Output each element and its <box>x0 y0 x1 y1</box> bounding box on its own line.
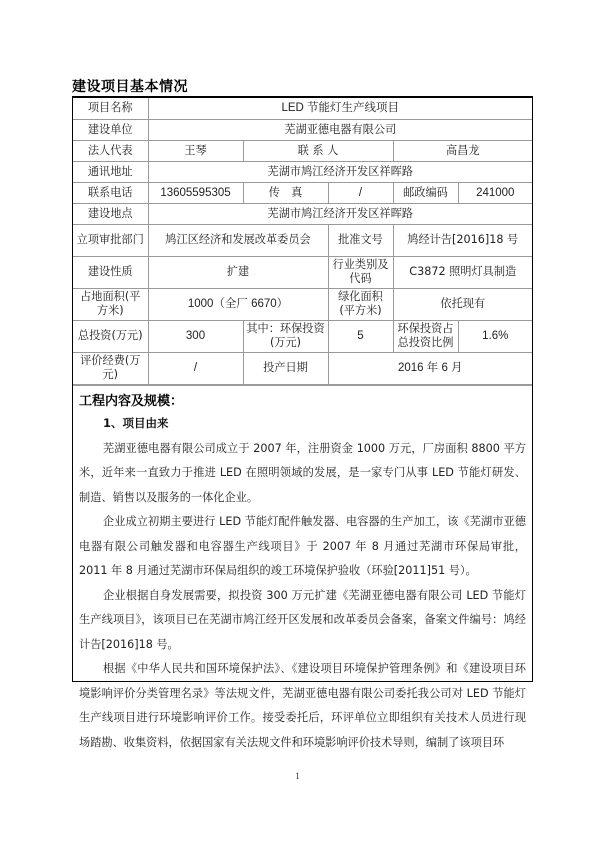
value-env-invest: 5 <box>328 320 393 352</box>
label-area: 占地面积(平方米) <box>73 288 148 320</box>
project-info-table: 项目名称 LED 节能灯生产线项目 建设单位 芜湖亚德电器有限公司 法人代表 王… <box>73 98 532 385</box>
row-eval-fee: 评价经费(万元) / 投产日期 2016 年 6 月 <box>73 352 532 384</box>
row-address: 通讯地址 芜湖市鸠江经济开发区祥晖路 <box>73 161 532 182</box>
section-title: 建设项目基本情况 <box>72 76 188 96</box>
value-total-invest: 300 <box>148 320 243 352</box>
value-legal-rep: 王琴 <box>148 140 243 161</box>
value-fax: / <box>328 182 393 203</box>
value-green: 依托现有 <box>393 288 532 320</box>
label-eval-fee: 评价经费(万元) <box>73 352 148 384</box>
value-site: 芜湖市鸠江经济开发区祥晖路 <box>148 203 532 224</box>
content-title: 工程内容及规模： <box>79 390 526 409</box>
value-nature: 扩建 <box>148 256 328 288</box>
label-site: 建设地点 <box>73 203 148 224</box>
paragraph: 根据《中华人民共和国环境保护法》、《建设项目环境保护管理条例》和《建设项目环境影… <box>79 657 526 755</box>
paragraph: 企业根据自身发展需要，拟投资 300 万元扩建《芜湖亚德电器有限公司 LED 节… <box>79 584 526 658</box>
label-industry: 行业类别及代码 <box>328 256 393 288</box>
value-phone: 13605595305 <box>148 182 243 203</box>
paragraph: 企业成立初期主要进行 LED 节能灯配件触发器、电容器的生产加工，该《芜湖市亚德… <box>79 510 526 584</box>
row-approval: 立项审批部门 鸠江区经济和发展改革委员会 批准文号 鸠经计告[2016]18 号 <box>73 224 532 256</box>
value-approval-dept: 鸠江区经济和发展改革委员会 <box>148 224 328 256</box>
project-content-section: 工程内容及规模： 1、项目由来 芜湖亚德电器有限公司成立于 2007 年，注册资… <box>73 385 532 681</box>
value-env-ratio: 1.6% <box>458 320 532 352</box>
label-builder: 建设单位 <box>73 119 148 140</box>
value-prod-date: 2016 年 6 月 <box>328 352 532 384</box>
value-postcode: 241000 <box>458 182 532 203</box>
label-address: 通讯地址 <box>73 161 148 182</box>
row-legal-rep: 法人代表 王琴 联 系 人 高昌龙 <box>73 140 532 161</box>
row-project-name: 项目名称 LED 节能灯生产线项目 <box>73 98 532 119</box>
value-address: 芜湖市鸠江经济开发区祥晖路 <box>148 161 532 182</box>
row-investment: 总投资(万元) 300 其中：环保投资(万元) 5 环保投资占总投资比例 1.6… <box>73 320 532 352</box>
label-project-name: 项目名称 <box>73 98 148 119</box>
value-eval-fee: / <box>148 352 243 384</box>
value-contact: 高昌龙 <box>393 140 532 161</box>
value-approval-no: 鸠经计告[2016]18 号 <box>393 224 532 256</box>
label-total-invest: 总投资(万元) <box>73 320 148 352</box>
content-subtitle: 1、项目由来 <box>103 415 526 431</box>
label-fax: 传 真 <box>243 182 328 203</box>
value-area: 1000（全厂 6670） <box>148 288 328 320</box>
value-industry: C3872 照明灯具制造 <box>393 256 532 288</box>
label-contact: 联 系 人 <box>243 140 393 161</box>
row-phone: 联系电话 13605595305 传 真 / 邮政编码 241000 <box>73 182 532 203</box>
row-nature: 建设性质 扩建 行业类别及代码 C3872 照明灯具制造 <box>73 256 532 288</box>
label-green: 绿化面积(平方米) <box>328 288 393 320</box>
page-number: 1 <box>0 771 595 781</box>
row-builder: 建设单位 芜湖亚德电器有限公司 <box>73 119 532 140</box>
label-env-ratio: 环保投资占总投资比例 <box>393 320 458 352</box>
label-approval-no: 批准文号 <box>328 224 393 256</box>
label-env-invest: 其中：环保投资(万元) <box>243 320 328 352</box>
row-area: 占地面积(平方米) 1000（全厂 6670） 绿化面积(平方米) 依托现有 <box>73 288 532 320</box>
label-prod-date: 投产日期 <box>243 352 328 384</box>
paragraph: 芜湖亚德电器有限公司成立于 2007 年，注册资金 1000 万元，厂房面积 8… <box>79 437 526 511</box>
label-phone: 联系电话 <box>73 182 148 203</box>
label-approval-dept: 立项审批部门 <box>73 224 148 256</box>
value-project-name: LED 节能灯生产线项目 <box>148 98 532 119</box>
value-builder: 芜湖亚德电器有限公司 <box>148 119 532 140</box>
row-site: 建设地点 芜湖市鸠江经济开发区祥晖路 <box>73 203 532 224</box>
label-postcode: 邮政编码 <box>393 182 458 203</box>
label-nature: 建设性质 <box>73 256 148 288</box>
label-legal-rep: 法人代表 <box>73 140 148 161</box>
project-info-frame: 项目名称 LED 节能灯生产线项目 建设单位 芜湖亚德电器有限公司 法人代表 王… <box>72 96 533 682</box>
